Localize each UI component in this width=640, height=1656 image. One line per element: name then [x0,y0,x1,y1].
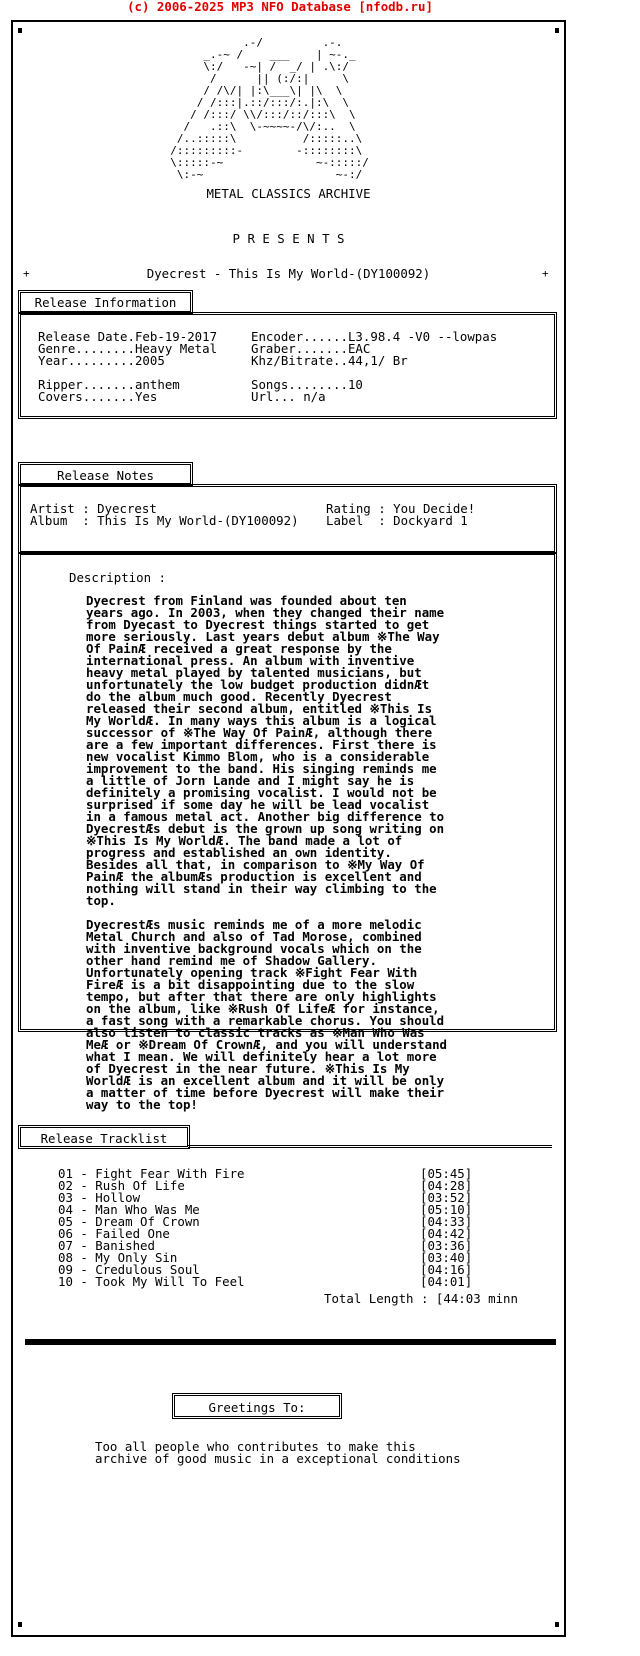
total-length: Total Length : [44:03 minn [324,1293,518,1305]
greetings-text: Too all people who contributes to make t… [95,1441,461,1465]
album-line: Album : This Is My World-(DY100092) [30,515,299,527]
section-divider [25,1339,556,1345]
logo-caption: METAL CLASSICS ARCHIVE [13,188,564,200]
track-list: 01 - Fight Fear With Fire[05:45]02 - Rus… [58,1168,478,1288]
description-label: Description : [69,572,166,584]
track-length: [04:01] [420,1276,472,1288]
description-box: Description : Dyecrest from Finland was … [18,552,557,1032]
description-text: Dyecrest from Finland was founded about … [86,595,447,1111]
release-notes-meta-box: Artist : Dyecrest Album : This Is My Wor… [18,484,557,554]
release-info-left-column: Release Date.Feb-19-2017 Genre........He… [38,331,217,403]
release-title: Dyecrest - This Is My World-(DY100092) [13,268,564,280]
label-line: Label : Dockyard 1 [326,515,468,527]
track-row: 10 - Took My Will To Feel[04:01] [58,1276,478,1288]
corner-dot-icon [18,28,22,33]
ascii-logo: .-/ .-. _.-~ / ___ | ~-._ \:/ -~| / _/ |… [157,37,369,181]
bullet-right: + [542,268,549,280]
release-info-right-column: Encoder......L3.98.4 -V0 --lowpas Graber… [251,331,497,403]
corner-dot-icon [555,1622,559,1627]
release-information-tab: Release Information [18,290,193,314]
corner-dot-icon [18,1622,22,1627]
nfo-frame: .-/ .-. _.-~ / ___ | ~-._ \:/ -~| / _/ |… [11,20,566,1637]
greetings-heading: Greetings To: [172,1393,342,1419]
track-title: 10 - Took My Will To Feel [58,1274,245,1289]
presents-heading: P R E S E N T S [13,233,564,245]
tracklist-rule [188,1145,552,1148]
copyright-banner: (c) 2006-2025 MP3 NFO Database [nfodb.ru… [0,0,560,13]
release-information-box: Release Date.Feb-19-2017 Genre........He… [18,312,557,419]
release-notes-tab: Release Notes [18,462,193,486]
corner-dot-icon [555,28,559,33]
release-tracklist-tab: Release Tracklist [18,1125,190,1149]
